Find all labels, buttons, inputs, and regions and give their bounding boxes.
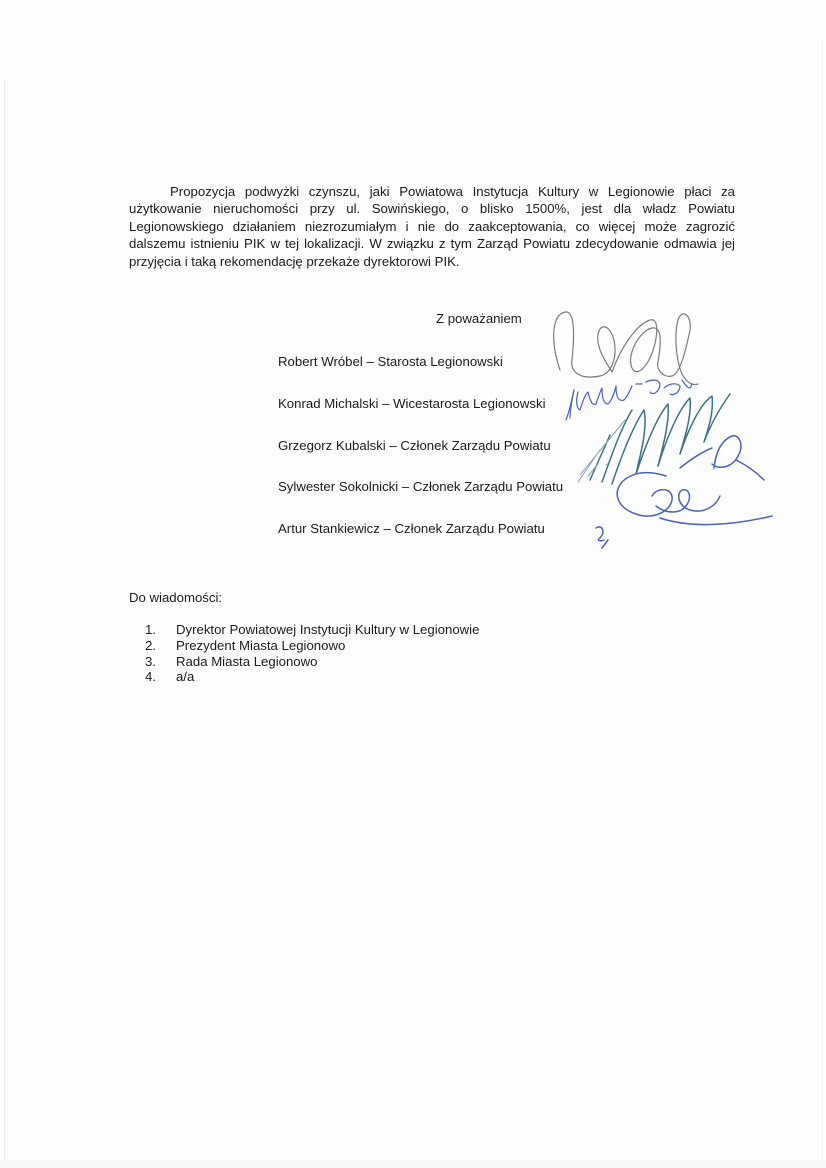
signatory: Konrad Michalski – Wicestarosta Legionow… [278,397,563,411]
signatories-list: Robert Wróbel – Starosta Legionowski Kon… [278,355,563,564]
signatory: Robert Wróbel – Starosta Legionowski [278,355,563,369]
cc-recipients-list: 1.Dyrektor Powiatowej Instytucji Kultury… [145,622,479,685]
cc-recipient-name: a/a [176,669,194,684]
cc-number: 3. [145,654,176,670]
cc-recipient: 1.Dyrektor Powiatowej Instytucji Kultury… [145,622,479,638]
scan-edge [0,1160,826,1168]
handwritten-signatures [540,300,780,550]
signature-kubalski [590,394,730,484]
cc-number: 4. [145,669,176,685]
cc-recipient-name: Rada Miasta Legionowo [176,654,318,669]
cc-recipient-name: Dyrektor Powiatowej Instytucji Kultury w… [176,622,479,637]
signature-sokolnicki [578,420,625,482]
document-page: Propozycja podwyżki czynszu, jaki Powiat… [0,0,826,1168]
closing-salutation: Z poważaniem [436,311,522,326]
scan-edge [822,40,823,1160]
cc-recipient: 3.Rada Miasta Legionowo [145,654,479,670]
signature-michalski [566,380,692,420]
cc-number: 2. [145,638,176,654]
signature-wrobel [554,312,698,385]
body-paragraph: Propozycja podwyżki czynszu, jaki Powiat… [129,183,735,270]
cc-number: 1. [145,622,176,638]
signatory: Sylwester Sokolnicki – Członek Zarządu P… [278,480,563,494]
cc-recipient-name: Prezydent Miasta Legionowo [176,638,345,653]
cc-recipient: 4.a/a [145,669,479,685]
scan-edge [4,80,5,1160]
signature-stankiewicz [596,436,772,548]
cc-heading: Do wiadomości: [129,590,222,605]
signatory: Grzegorz Kubalski – Członek Zarządu Powi… [278,439,563,453]
cc-recipient: 2.Prezydent Miasta Legionowo [145,638,479,654]
signatory: Artur Stankiewicz – Członek Zarządu Powi… [278,522,563,536]
